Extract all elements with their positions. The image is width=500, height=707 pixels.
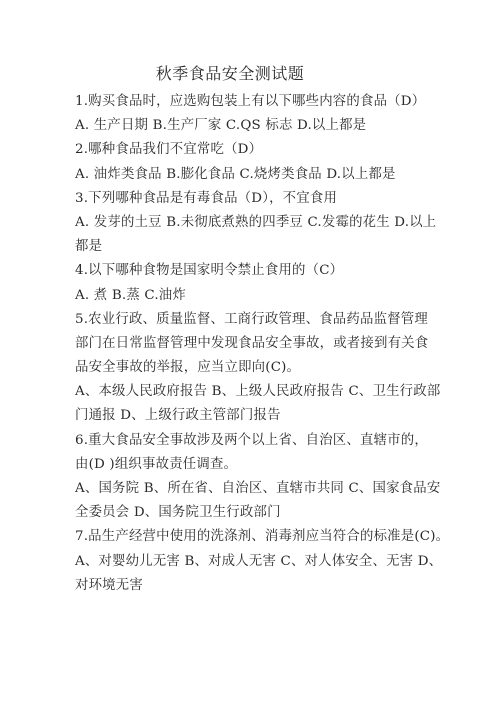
question-5-text-cont-2: 品安全事故的举报，应当立即向(C)。	[75, 356, 470, 380]
question-3-text: 3.下列哪种食品是有毒食品（D），不宜食用	[75, 187, 470, 211]
question-3-options-cont: 都是	[75, 235, 470, 259]
question-7-text: 7.品生产经营中使用的洗涤剂、消毒剂应当符合的标准是(C)。	[75, 525, 470, 549]
question-6-text: 6.重大食品安全事故涉及两个以上省、自治区、直辖市的，	[75, 429, 470, 453]
question-6-options: A、国务院 B、所在省、自治区、直辖市共同 C、国家食品安	[75, 477, 470, 501]
question-5-text: 5.农业行政、质量监督、工商行政管理、食品药品监督管理	[75, 308, 470, 332]
question-4-text: 4.以下哪种食物是国家明令禁止食用的（C）	[75, 259, 470, 283]
question-1-text: 1.购买食品时，应选购包装上有以下哪些内容的食品（D）	[75, 90, 470, 114]
question-7-options-cont: 对环境无害	[75, 574, 470, 598]
question-4-options: A. 煮 B.蒸 C.油炸	[75, 284, 470, 308]
document-title: 秋季食品安全测试题	[0, 63, 460, 85]
question-3-options: A. 发芽的土豆 B.未彻底煮熟的四季豆 C.发霉的花生 D.以上	[75, 211, 470, 235]
question-2-text: 2.哪种食品我们不宜常吃（D）	[75, 138, 470, 162]
document-page: 秋季食品安全测试题 1.购买食品时，应选购包装上有以下哪些内容的食品（D） A.…	[0, 0, 500, 707]
question-7-options: A、对婴幼儿无害 B、对成人无害 C、对人体安全、无害 D、	[75, 550, 470, 574]
question-1-options: A. 生产日期 B.生产厂家 C.QS 标志 D.以上都是	[75, 114, 470, 138]
document-body: 1.购买食品时，应选购包装上有以下哪些内容的食品（D） A. 生产日期 B.生产…	[75, 90, 470, 598]
question-6-options-cont: 全委员会 D、国务院卫生行政部门	[75, 501, 470, 525]
question-5-options-cont: 门通报 D、上级行政主管部门报告	[75, 404, 470, 428]
question-5-options: A、本级人民政府报告 B、上级人民政府报告 C、卫生行政部	[75, 380, 470, 404]
question-5-text-cont-1: 部门在日常监督管理中发现食品安全事故，或者接到有关食	[75, 332, 470, 356]
question-2-options: A. 油炸类食品 B.膨化食品 C.烧烤类食品 D.以上都是	[75, 163, 470, 187]
question-6-text-cont: 由(D )组织事故责任调查。	[75, 453, 470, 477]
